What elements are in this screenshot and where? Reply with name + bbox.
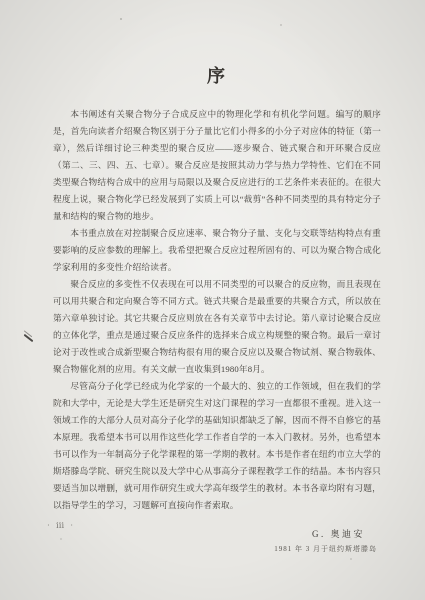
paragraph-4: 尽管高分子化学已经成为化学家的一个最大的、独立的工作领域，但在我们的学院和大学中… [53, 378, 381, 514]
paragraph-1: 本书阐述有关聚合物分子合成反应中的物理化学和有机化学问题。编写的顺序是，首先向读… [53, 106, 381, 225]
signature-author-name: G. 奥迪安 [53, 527, 381, 540]
signature-block: G. 奥迪安 1981 年 3 月于纽约斯塔滕岛 [53, 527, 381, 554]
scanned-page: 序 本书阐述有关聚合物分子合成反应中的物理化学和有机化学问题。编写的顺序是，首先… [53, 66, 381, 554]
paragraph-2: 本书重点放在对控制聚合反应速率、聚合物分子量、支化与交联等结构特点有重要影响的反… [53, 225, 381, 276]
page-number: · ⅲ · [47, 520, 75, 531]
preface-body: 本书阐述有关聚合物分子合成反应中的物理化学和有机化学问题。编写的顺序是，首先向读… [53, 106, 381, 514]
paragraph-3: 聚合反应的多变性不仅表现在可以用不同类型的可以聚合的反应物，而且表现在可以用共聚… [53, 276, 381, 378]
page-title: 序 [53, 66, 381, 86]
signature-dateline: 1981 年 3 月于纽约斯塔滕岛 [53, 544, 381, 554]
